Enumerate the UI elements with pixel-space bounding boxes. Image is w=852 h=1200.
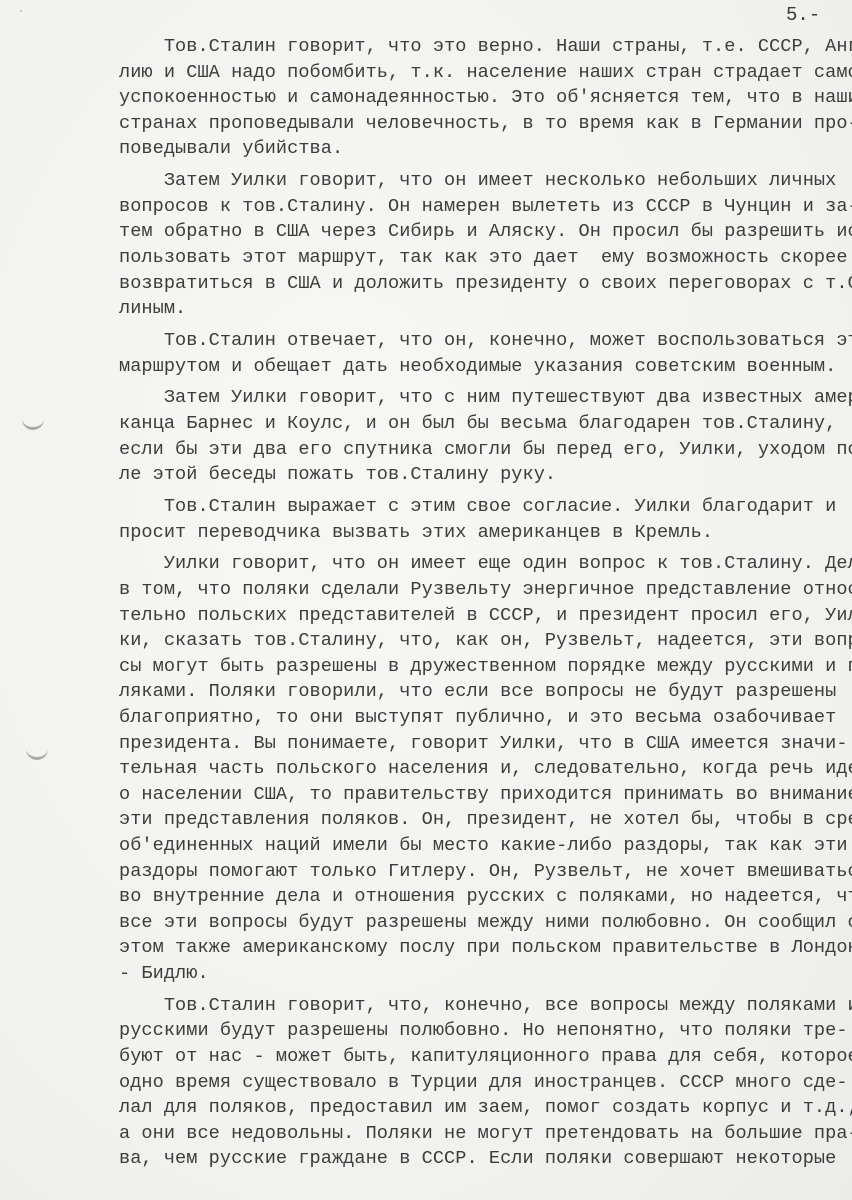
- text-line: все эти вопросы будут разрешены между ни…: [119, 912, 852, 934]
- text-line: буют от нас - может быть, капитуляционно…: [119, 1046, 852, 1068]
- text-line: Затем Уилки говорит, что он имеет нескол…: [119, 170, 836, 192]
- text-line: ле этой беседы пожать тов.Сталину руку.: [119, 464, 556, 486]
- text-line: эти представления поляков. Он, президент…: [119, 809, 852, 831]
- document-page: 5.- Тов.Сталин говорит, что это верно. Н…: [0, 0, 852, 1200]
- text-line: Затем Уилки говорит, что с ним путешеств…: [119, 387, 852, 409]
- paper-speck: [20, 10, 22, 12]
- text-line: Тов.Сталин говорит, что, конечно, все во…: [119, 995, 852, 1017]
- text-line: тельно польских представителей в СССР, и…: [119, 605, 852, 627]
- text-line: ляками. Поляки говорили, что если все во…: [119, 681, 836, 703]
- text-line: тем обратно в США через Сибирь и Аляску.…: [119, 221, 852, 243]
- punch-hole-mark: [22, 415, 44, 430]
- text-line: ки, сказать тов.Сталину, что, как он, Ру…: [119, 630, 852, 652]
- text-line: Тов.Сталин выражает с этим свое согласие…: [119, 496, 836, 518]
- text-line: поведывали убийства.: [119, 138, 343, 160]
- text-line: странах проповедывали человечность, в то…: [119, 113, 852, 135]
- text-line: этом также американскому послу при польс…: [119, 937, 852, 959]
- text-line: во внутренние дела и отношения русских с…: [119, 886, 852, 908]
- text-line: - Бидлю.: [119, 963, 209, 985]
- text-line: просит переводчика вызвать этих американ…: [119, 522, 713, 544]
- text-line: в том, что поляки сделали Рузвельту энер…: [119, 579, 852, 601]
- text-line: Тов.Сталин говорит, что это верно. Наши …: [119, 36, 852, 58]
- text-line: лию и США надо побомбить, т.к. население…: [119, 62, 852, 84]
- text-line: тельная часть польского населения и, сле…: [119, 758, 852, 780]
- text-line: канца Барнес и Коулс, и он был бы весьма…: [119, 413, 836, 435]
- text-line: если бы эти два его спутника смогли бы п…: [119, 439, 852, 461]
- page-number: 5.-: [786, 4, 820, 26]
- text-line: возвратиться в США и доложить президенту…: [119, 273, 852, 295]
- text-line: раздоры помогают только Гитлеру. Он, Руз…: [119, 861, 852, 883]
- text-line: пользовать этот маршрут, так как это дае…: [119, 247, 848, 269]
- text-line: русскими будут разрешены полюбовно. Но н…: [119, 1020, 848, 1042]
- text-line: благоприятно, то они выступят публично, …: [119, 707, 836, 729]
- text-line: лал для поляков, предоставил им заем, по…: [119, 1097, 852, 1119]
- text-line: Уилки говорит, что он имеет еще один воп…: [119, 553, 852, 575]
- text-line: президента. Вы понимаете, говорит Уилки,…: [119, 733, 848, 755]
- text-line: линым.: [119, 298, 186, 320]
- text-line: а они все недовольны. Поляки не могут пр…: [119, 1123, 852, 1145]
- text-line: маршрутом и обещает дать необходимые ука…: [119, 356, 836, 378]
- text-line: об'единенных наций имели бы место какие-…: [119, 835, 848, 857]
- text-line: успокоенностью и самонадеянностью. Это о…: [119, 87, 852, 109]
- text-line: вопросов к тов.Сталину. Он намерен вылет…: [119, 196, 852, 218]
- punch-hole-mark: [26, 745, 48, 760]
- text-line: сы могут быть разрешены в дружественном …: [119, 656, 852, 678]
- text-line: о населении США, то правительству приход…: [119, 784, 852, 806]
- text-line: Тов.Сталин отвечает, что он, конечно, мо…: [119, 330, 852, 352]
- text-line: одно время существовало в Турции для ино…: [119, 1072, 848, 1094]
- text-line: ва, чем русские граждане в СССР. Если по…: [119, 1148, 836, 1170]
